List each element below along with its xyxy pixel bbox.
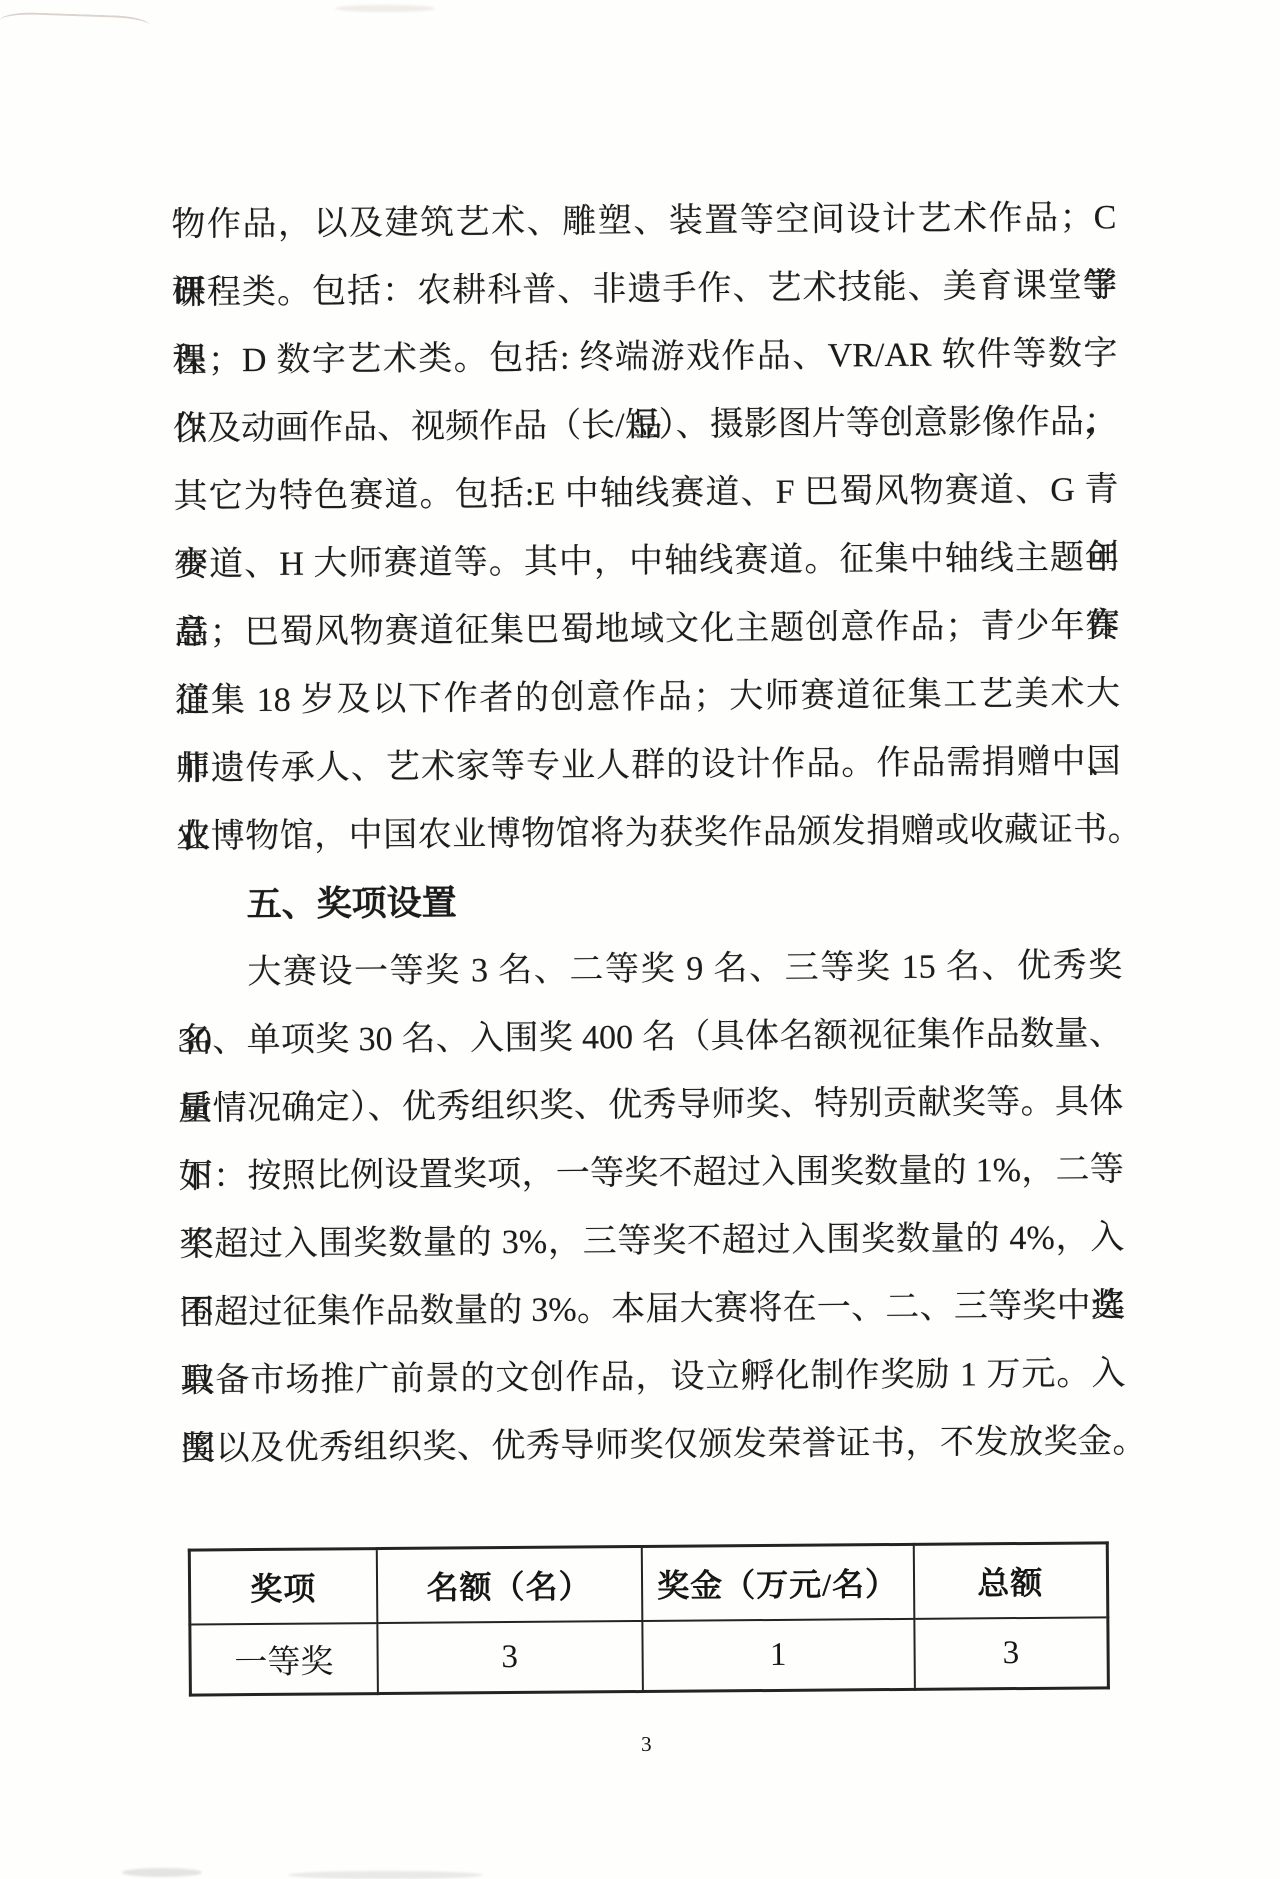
table-header-row: 奖项 名额（名） 奖金（万元/名） 总额	[189, 1543, 1108, 1625]
scanned-document-page: 物作品，以及建筑艺术、雕塑、装置等空间设计艺术作品；C 研学 课程类。包括：农耕…	[0, 0, 1280, 1879]
table-header-quota: 名额（名）	[376, 1547, 642, 1624]
body-line: 程；D 数字艺术类。包括: 终端游戏作品、VR/AR 软件等数字作品，	[172, 320, 1118, 395]
table-header-total: 总额	[913, 1543, 1108, 1619]
body-line: 非遗传承人、艺术家等专业人群的设计作品。作品需捐赠中国农	[175, 728, 1121, 803]
table-header-prize: 奖金（万元/名）	[641, 1544, 914, 1621]
body-line: 物作品，以及建筑艺术、雕塑、装置等空间设计艺术作品；C 研学	[171, 184, 1117, 259]
body-line: 不超过征集作品数量的 3%。本届大赛将在一、二、三等奖中选取	[180, 1272, 1126, 1347]
body-line: 大赛设一等奖 3 名、二等奖 9 名、三等奖 15 名、优秀奖 30	[177, 932, 1123, 1007]
body-line: 课程类。包括：农耕科普、非遗手作、艺术技能、美育课堂等课	[172, 252, 1118, 327]
page-number: 3	[6, 1727, 1280, 1762]
body-line: 其它为特色赛道。包括:E 中轴线赛道、F 巴蜀风物赛道、G 青少年	[173, 456, 1119, 531]
body-line: 奖以及优秀组织奖、优秀导师奖仅颁发荣誉证书，不发放奖金。	[181, 1408, 1127, 1483]
text-block: 物作品，以及建筑艺术、雕塑、装置等空间设计艺术作品；C 研学 课程类。包括：农耕…	[171, 184, 1126, 1483]
body-line: 具备市场推广前景的文创作品，设立孵化制作奖励 1 万元。入围	[180, 1340, 1126, 1415]
table-header-award: 奖项	[189, 1549, 377, 1625]
body-line: 下：按照比例设置奖项，一等奖不超过入围奖数量的 1%，二等奖	[179, 1136, 1125, 1211]
body-line: 品；巴蜀风物赛道征集巴蜀地域文化主题创意作品；青少年赛道	[174, 592, 1120, 667]
section-heading: 五、奖项设置	[176, 864, 1122, 939]
body-line: 以及动画作品、视频作品（长/短）、摄影图片等创意影像作品；	[173, 388, 1119, 463]
cell-prize: 1	[642, 1619, 915, 1692]
awards-table: 奖项 名额（名） 奖金（万元/名） 总额 一等奖 3 1 3	[188, 1541, 1110, 1696]
cell-award-name: 一等奖	[190, 1623, 378, 1695]
body-line: 不超过入围奖数量的 3%，三等奖不超过入围奖数量的 4%，入围奖	[179, 1204, 1125, 1279]
body-line: 赛道、H 大师赛道等。其中，中轴线赛道。征集中轴线主题创意作	[174, 524, 1120, 599]
cell-total: 3	[914, 1617, 1109, 1689]
cell-quota: 3	[377, 1621, 643, 1694]
body-line: 征集 18 岁及以下作者的创意作品；大师赛道征集工艺美术大师、	[175, 660, 1121, 735]
body-line: 名、单项奖 30 名、入围奖 400 名（具体名额视征集作品数量、质	[178, 1000, 1124, 1075]
body-line: 量情况确定）、优秀组织奖、优秀导师奖、特别贡献奖等。具体如	[178, 1068, 1124, 1143]
body-line: 业博物馆，中国农业博物馆将为获奖作品颁发捐赠或收藏证书。	[176, 796, 1122, 871]
page-body: 物作品，以及建筑艺术、雕塑、装置等空间设计艺术作品；C 研学 课程类。包括：农耕…	[0, 0, 1280, 1879]
table-row: 一等奖 3 1 3	[190, 1617, 1109, 1695]
